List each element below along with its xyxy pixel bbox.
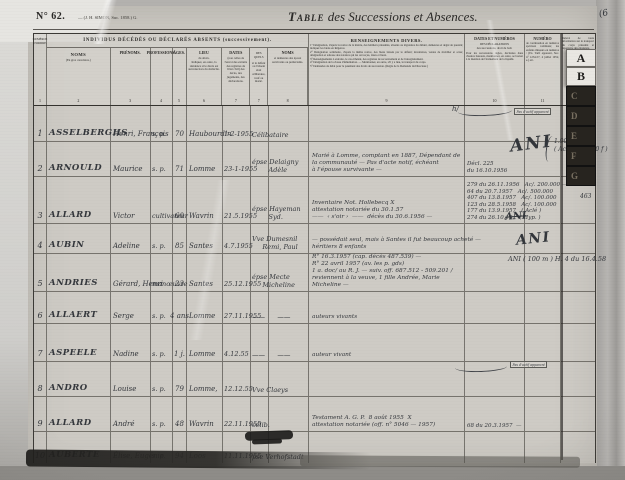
binding-shadow [300,455,580,467]
entry-lieu: Lomme, [189,385,218,396]
date-cell: 21.5.1955 [223,177,251,223]
order-cell: 7 [34,324,47,361]
age-cell: 70 [173,106,187,141]
prenoms-cell: Victor [111,177,151,223]
entry-profession: s. p. [152,350,166,361]
entry-lieu: Lomme [189,312,215,323]
entry-age: 85 [175,242,184,253]
successions-table: NUMÉROS D'ORDRE. 1 INDIVIDUS DÉCÉDÉS OU … [33,33,596,463]
header-col-num: 6 [203,98,205,104]
header-col-num: 10 [493,98,497,104]
page-title-word: Table [288,9,324,24]
age-cell: 48 [173,397,187,431]
entry-age: 23 [175,280,184,291]
entry-prenoms: Serge [113,312,134,323]
etat-cell: Vve Claeys [251,362,269,396]
etat-cell: épse Mecte Micheline [251,254,269,291]
index-tab-c[interactable]: C [566,86,596,106]
entry-renseignements: Inventaire Not. Hollebecq X attestation … [312,200,432,223]
nom-cell: ASSELBERGHS [47,106,111,141]
nom-cell: AUBIN [47,224,111,253]
entry-profession: s. p. [152,165,166,176]
observations-cell [561,224,595,253]
index-tab-a[interactable]: A [566,49,596,67]
epoux-cell [269,254,309,291]
observations-cell [561,324,595,361]
date-cell: 27.11.1955 [223,292,251,323]
header-declarations-sub: DES DÉCLARATIONS des successions, droit … [477,43,513,51]
header-professions-label: PROFESSIONS. [147,50,176,55]
prenoms-cell: Nadine [111,324,151,361]
age-cell: 85 [173,224,187,253]
order-cell: 4 [34,224,47,253]
age-cell: 79 [173,362,187,396]
header-dates: DATES (non celles de l'envoi des extrait… [222,48,250,105]
entry-order: 2 [37,164,42,176]
entry-lieu: Wavrin [189,420,214,431]
nom-cell: ALLARD [47,177,111,223]
entry-age: 70 [175,130,184,141]
header-order-label: NUMÉROS D'ORDRE. [33,38,48,46]
header-col-num: 8 [287,98,289,104]
index-tab-f[interactable]: F [566,146,596,166]
entry-age: 48 [175,420,184,431]
entry-renseignements: auteur vivant [312,352,351,361]
entry-lieu: Santes [189,242,213,253]
epoux-cell [269,397,309,431]
entry-nom: ALLARD [49,210,92,223]
entry-order: 8 [37,384,42,396]
date-cell: 12.12.55 [223,362,251,396]
entry-nom: ALLAERT [49,310,97,323]
entry-lieu: Lomme [189,350,215,361]
lieu-cell: Lomme [187,142,223,176]
entry-order: 7 [37,349,42,361]
page-title-rest: des Successions et Absences. [324,9,477,24]
header-prenoms: PRÉNOMS. 3 [111,48,151,105]
header-noms: NOMS (En gros caractères.) 2 [47,48,111,105]
profession-cell: s. p. [151,362,173,396]
table-row: 9 ALLARD André s. p. 48 Wavrin 22.11.195… [34,397,595,432]
header-noms-label: NOMS [71,52,86,57]
order-cell: 6 [34,292,47,323]
entry-order: 5 [37,279,42,291]
entry-nom: ANDRO [49,383,88,396]
entry-renseignements: auteurs vivants [312,314,357,323]
profession-cell: s. p. [151,106,173,141]
header-lieu: LIEU du décès. Indiquer, en outre, la ré… [187,48,223,105]
age-cell: 71 [173,142,187,176]
index-tab-e[interactable]: E [566,126,596,146]
epoux-cell [269,106,309,141]
header-lieu-sub: du décès. Indiquer, en outre, la résiden… [188,57,221,72]
prenoms-cell: Henri, François [111,106,151,141]
lieu-cell: Wavrin [187,397,223,431]
entry-declarations: 68 du 20.3.1957 — [467,423,522,431]
lieu-cell: Lomme, [187,362,223,396]
handwritten-corner-mark: (6 [598,8,609,20]
prenoms-cell: Gérard, Henri [111,254,151,291]
entry-profession: s. p. [152,420,166,431]
renseignements-cell: R° 16.3.1957 (cap. décès 487.539) — R° 2… [309,254,465,291]
date-cell: 25.12.1955 [223,254,251,291]
age-cell: 1 j. [173,324,187,361]
prenoms-cell: André [111,397,151,431]
header-group-deceased: INDIVIDUS DÉCÉDÉS OU DÉCLARÉS ABSENTS (s… [47,34,309,105]
age-cell: 4 ans [173,292,187,323]
header-etat: DES QUELS si le défunt ou l'absent était… [250,48,268,105]
entry-nom: ANDRIES [49,278,98,291]
entry-prenoms: Maurice [113,165,143,176]
entry-date: 4.12.55 [224,350,249,361]
no-assets-stamp: Pas d'actif apparent [514,108,551,115]
profession-cell: cultivateur [151,177,173,223]
prenoms-cell: Louise [111,362,151,396]
lieu-cell: Haubourdin [187,106,223,141]
order-cell: 9 [34,397,47,431]
continuation-cell [525,397,561,431]
header-order-number: NUMÉROS D'ORDRE. 1 [34,34,47,105]
table-row: 7 ASPEELE Nadine s. p. 1 j. Lomme 4.12.5… [34,324,595,362]
declarations-cell [465,324,525,361]
header-epoux-label: NOMS [282,50,294,55]
header-renseignements-label: RENSEIGNEMENTS DIVERS. [351,38,423,43]
page-title: Table des Successions et Absences. [288,9,478,25]
renseignements-cell: Marié à Lomme, comptant en 1887, Dépenda… [309,142,465,176]
etat-cell: célib. [251,397,269,431]
order-cell: 5 [34,254,47,291]
header-etat-sub: si le défunt ou l'absent était célibatai… [251,62,266,85]
etat-cell: épse Delaigny Adèle [251,142,269,176]
entry-age: 60 [175,212,184,223]
epoux-cell [269,177,309,223]
header-col-num: 3 [129,98,131,104]
plate-number: N° 62. [36,11,65,22]
header-subcolumns: NOMS (En gros caractères.) 2 PRÉNOMS. 3 … [47,48,308,105]
profession-cell: s. p. [151,397,173,431]
epoux-cell [269,224,309,253]
prenoms-cell: Maurice [111,142,151,176]
header-col-num: 2 [77,98,79,104]
entry-lieu: Wavrin [189,212,214,223]
entry-order: 6 [37,311,42,323]
entry-etat: célib. [252,422,270,431]
renseignements-cell: Inventaire Not. Hollebecq X attestation … [309,177,465,223]
renseignements-cell: auteurs vivants [309,292,465,323]
header-ages-label: ÂGES. [173,50,185,55]
continuation-cell [525,324,561,361]
header-col-num: 9 [386,98,388,104]
nom-cell: ALLARD [47,397,111,431]
header-epoux: NOMS et demeures des époux survivants ou… [268,48,308,105]
header-dates-label: DATES [229,50,242,55]
renseignements-cell [309,106,465,141]
entry-renseignements: — possédait seul, mais à Santes il fut b… [312,237,481,253]
prenoms-cell: Serge [111,292,151,323]
entry-nom: AUBIN [49,240,84,253]
date-cell: 4.7.1955 [223,224,251,253]
entry-date: 12.12.55 [224,385,253,396]
entry-renseignements: Testament A. G. P. 8 août 1955 X attesta… [312,415,435,431]
entry-prenoms: Nadine [113,350,139,361]
plate-reference: — (J. H. SIMON, Suc. 1858.) G. [78,15,138,20]
header-banner: INDIVIDUS DÉCÉDÉS OU DÉCLARÉS ABSENTS (s… [47,34,308,48]
observations-cell [561,362,595,396]
order-cell: 8 [34,362,47,396]
header-etat-label: DES QUELS [251,52,266,60]
continuation-cell [525,292,561,323]
table-row: 4 AUBIN Adeline s. p. 85 Santes 4.7.1955… [34,224,595,254]
header-prenoms-label: PRÉNOMS. [120,50,141,55]
header-col-num: 1 [39,98,41,104]
lieu-cell: Wavrin [187,177,223,223]
entry-order: 3 [37,211,42,223]
etat-cell: Célibataire [251,106,269,141]
profession-cell: s. p. [151,324,173,361]
age-cell: 23 [173,254,187,291]
no-assets-stamp: Pas d'actif apparent [510,361,547,368]
header-lieu-label: LIEU [199,50,209,55]
epoux-cell [269,362,309,396]
header-col-num: 7 [258,98,260,104]
header-noms-sub: (En gros caractères.) [66,59,91,63]
profession-cell: s. p. [151,224,173,253]
entry-date: 4.7.1955 [224,242,253,253]
profession-cell: s. p. [151,142,173,176]
entry-profession: s. p. [152,242,166,253]
entry-date: 1-2-1955 [224,130,253,141]
epoux-cell [269,324,309,361]
entry-profession: s. p. [152,130,166,141]
profession-cell: manœuvre [151,254,173,291]
order-cell: 1 [34,106,47,141]
header-rule [33,29,594,30]
margin-number: 463 [580,193,591,200]
header-renseignements-paragraphs: 1° Désignation, d'après la notice de la … [310,44,463,68]
ani-annotation-struck: ANI [505,210,527,222]
entry-nom: ALLARD [49,418,92,431]
header-epoux-sub: et demeures des époux survivants ou préd… [269,57,306,65]
page-right-edge [561,33,563,460]
header-continuation-label: NUMÉRO [533,36,551,41]
continuation-cell [525,177,561,223]
entry-lieu: Lomme [189,165,215,176]
header-col-num: 7 [235,98,237,104]
entry-prenoms: Victor [113,212,134,223]
nom-cell: ANDRO [47,362,111,396]
lieu-cell: Santes [187,224,223,253]
date-cell: 22.11.1955 [223,397,251,431]
declarations-cell: 68 du 20.3.1957 — [465,397,525,431]
order-cell: 2 [34,142,47,176]
entry-age: 79 [175,385,184,396]
scan-right-page-stack [596,0,625,480]
declarations-cell [465,292,525,323]
table-header: NUMÉROS D'ORDRE. 1 INDIVIDUS DÉCÉDÉS OU … [34,34,595,106]
etat-cell: —— —— [251,292,269,323]
order-cell: 3 [34,177,47,223]
header-declarations: DATES ET NUMÉROS DES DÉCLARATIONS des su… [465,34,525,105]
header-col-num: 5 [178,98,180,104]
ani-line-annotation: ANI ( 100 m ) H. 4 du 16.4.58 [508,255,606,263]
observations-cell [561,292,595,323]
entry-prenoms: Louise [113,385,136,396]
index-tab-g[interactable]: G [566,166,596,186]
header-renseignements: RENSEIGNEMENTS DIVERS. 1° Désignation, d… [309,34,465,105]
nom-cell: ALLAERT [47,292,111,323]
header-declarations-label: DATES ET NUMÉROS [474,36,515,41]
renseignements-cell: auteur vivant [309,324,465,361]
renseignements-cell: Testament A. G. P. 8 août 1955 X attesta… [309,397,465,431]
lieu-cell: Lomme [187,324,223,361]
epoux-cell [269,292,309,323]
etat-cell: épse Hayeman Syd. [251,177,269,223]
entry-renseignements: R° 16.3.1957 (cap. décès 487.539) — R° 2… [312,254,453,291]
entry-declarations: Décl. 225 du 16.10.1956 [467,161,507,176]
date-cell: 1-2-1955 [223,106,251,141]
observations-cell [561,397,595,431]
renseignements-cell [309,362,465,396]
entry-profession: s. p. [152,312,166,323]
lieu-cell: Lomme [187,292,223,323]
entry-age: 71 [175,165,184,176]
age-cell: 60 [173,177,187,223]
header-ages: ÂGES. 5 [173,48,187,105]
entry-nom: ARNOULD [49,163,102,176]
renseignements-cell: — possédait seul, mais à Santes il fut b… [309,224,465,253]
ink-smudge [252,438,282,444]
date-cell: 23-1-1955 [223,142,251,176]
header-col-num: 4 [160,98,162,104]
header-continuation-body: de continuation en numéros spéciaux comm… [526,42,559,63]
header-professions: PROFESSIONS. 4 [151,48,173,105]
entry-order: 1 [37,129,42,141]
header-dates-sub: (non celles de l'envoi des extraits des … [223,57,248,83]
lieu-cell: Santes [187,254,223,291]
header-col-num: 11 [541,98,545,104]
header-continuation: NUMÉRO de continuation en numéros spécia… [525,34,561,105]
table-row: 6 ALLAERT Serge s. p. 4 ans Lomme 27.11.… [34,292,595,324]
index-tab-d[interactable]: D [566,106,596,126]
scan-left-margin [0,0,28,480]
entry-prenoms: André [113,420,135,431]
date-cell: 4.12.55 [223,324,251,361]
entry-nom: ASPEELE [49,348,97,361]
entry-profession: s. p. [152,385,166,396]
entry-age: 1 j. [174,350,185,361]
entry-prenoms: Adeline [113,242,140,253]
header-declarations-body: Pour les successions régies, déclarées d… [466,52,523,62]
index-tab-b[interactable]: B [566,67,596,86]
nom-cell: ANDRIES [47,254,111,291]
entry-order: 4 [37,241,42,253]
nom-cell: ARNOULD [47,142,111,176]
prenoms-cell: Adeline [111,224,151,253]
entry-lieu: Santes [189,280,213,291]
nom-cell: ASPEELE [47,324,111,361]
etat-cell: Vve Dumesnil Remi, Paul [251,224,269,253]
etat-cell: —— —— [251,324,269,361]
entry-order: 9 [37,419,42,431]
entry-renseignements: Marié à Lomme, comptant en 1887, Dépenda… [312,153,460,176]
epoux-cell [269,142,309,176]
